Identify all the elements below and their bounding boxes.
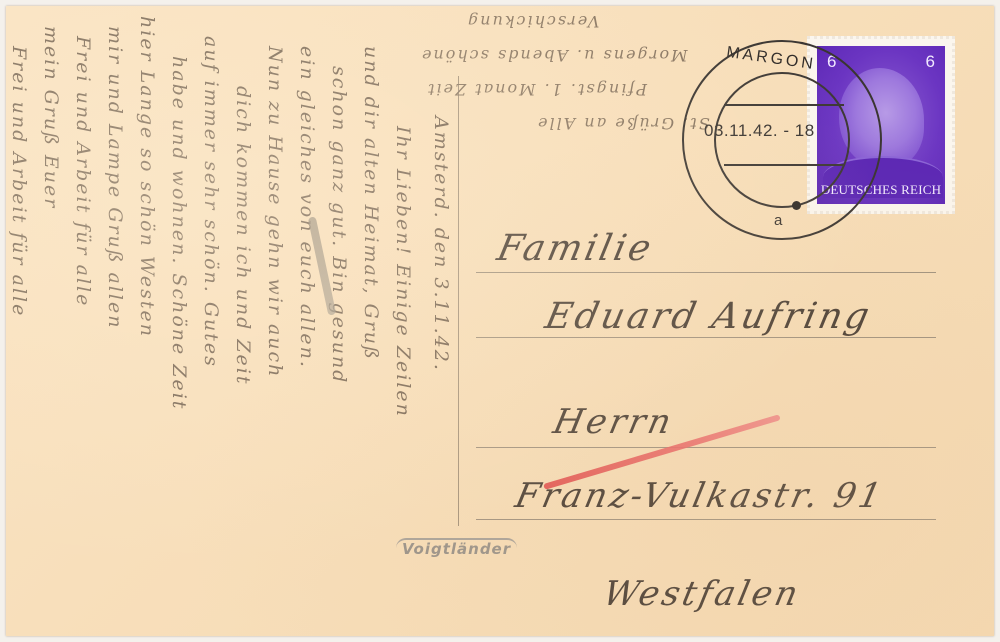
publisher-mark: Voigtländer (396, 538, 517, 558)
message-line: Amsterd. den 3.11.42. (430, 116, 452, 372)
address-line-3: Herrn (550, 402, 678, 442)
upside-down-line: Pfingst. 1. Monat Zeit (426, 80, 647, 99)
postmark-code: a (774, 212, 782, 229)
upside-down-line: Verschickung (466, 12, 599, 31)
address-line-5: Westfalen (600, 574, 805, 614)
postcard: Amsterd. den 3.11.42. Ihr Lieben! Einige… (6, 6, 994, 636)
postmark-bar (724, 164, 844, 166)
message-line: Frei und Arbeit für alle (72, 36, 94, 307)
message-line: dich kommen ich und Zeit (232, 86, 254, 386)
message-line: habe und wohnen. Schöne Zeit (168, 56, 190, 410)
message-line: hier Lange so schön Westen (136, 16, 158, 338)
address-rule (476, 519, 936, 520)
message-line: Nun zu Hause gehn wir auch (264, 46, 286, 378)
address-rule (476, 447, 936, 448)
message-line: mein Gruß Euer (40, 26, 62, 209)
stamp-value-right: 6 (926, 52, 935, 72)
message-line: schon ganz gut. Bin gesund (328, 66, 350, 384)
address-rule (476, 272, 936, 273)
center-divider (458, 76, 459, 526)
message-line: mir und Lampe Gruß allen (104, 26, 126, 330)
address-rule (476, 337, 936, 338)
postmark-date: 03.11.42. - 18 (704, 121, 815, 141)
message-line: und dir alten Heimat, Gruß (360, 46, 382, 361)
address-line-1: Familie (494, 228, 658, 269)
postmark-dot (792, 201, 801, 210)
address-line-2: Eduard Aufring (542, 296, 876, 337)
message-line: Ihr Lieben! Einige Zeilen (392, 126, 414, 418)
upside-down-line: Morgens u. Abends schöne (420, 46, 687, 65)
postmark-bar (724, 104, 844, 106)
message-line: Frei und Arbeit für alle (8, 46, 30, 317)
message-line: ein gleiches von euch allen. (296, 46, 318, 369)
postmark-cancellation: MARGON 03.11.42. - 18 a (682, 40, 882, 240)
message-line: auf immer sehr schön. Gutes (200, 36, 222, 368)
postmark-town: MARGON (725, 44, 817, 74)
